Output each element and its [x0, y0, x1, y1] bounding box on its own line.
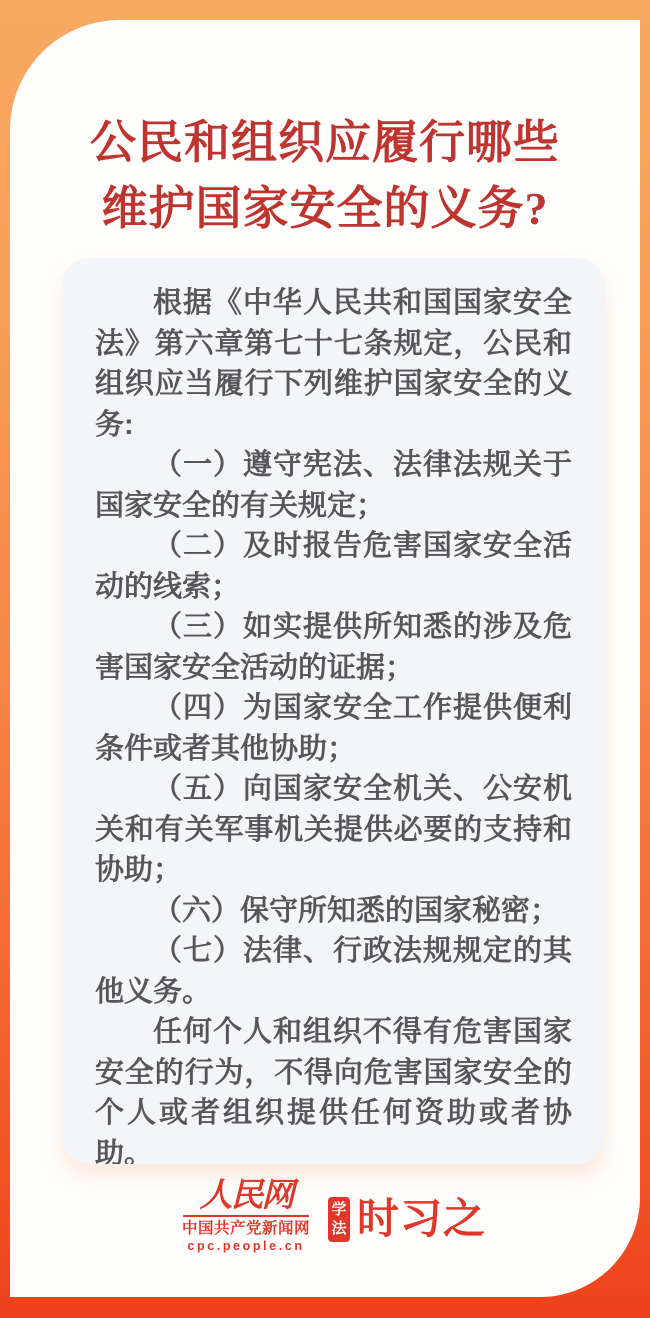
logo-divider [183, 1215, 309, 1217]
paragraph-item-7: （七）法律、行政法规规定的其他义务。 [95, 931, 572, 1012]
paragraph-item-1: （一）遵守宪法、法律法规关于国家安全的有关规定； [95, 445, 572, 526]
paragraph-item-2: （二）及时报告危害国家安全活动的线索； [95, 526, 572, 607]
footer-logos: 人民网 中国共产党新闻网 cpc.people.cn 学 法 时习之 [10, 1178, 640, 1254]
paragraph-item-3: （三）如实提供所知悉的涉及危害国家安全活动的证据； [95, 607, 572, 688]
seal-char-bottom: 法 [331, 1219, 346, 1238]
paragraph-item-4: （四）为国家安全工作提供便利条件或者其他协助； [95, 688, 572, 769]
cpc-url: cpc.people.cn [182, 1239, 310, 1254]
title-line-2: 维护国家安全的义务? [10, 176, 640, 242]
white-card: 公民和组织应履行哪些 维护国家安全的义务? 根据《中华人民共和国国家安全法》第六… [10, 20, 640, 1297]
people-net-wordmark: 人民网 [182, 1178, 310, 1214]
seal-char-top: 学 [331, 1200, 346, 1219]
law-text-panel: 根据《中华人民共和国国家安全法》第六章第七十七条规定，公民和组织应当履行下列维护… [62, 258, 605, 1164]
xuefa-seal-icon: 学 法 [328, 1197, 350, 1242]
shixizhi-logo: 学 法 时习之 [328, 1197, 486, 1242]
shixizhi-wordmark: 时习之 [357, 1198, 486, 1240]
paragraph-item-6: （六）保守所知悉的国家秘密； [95, 891, 572, 932]
cpc-news-name: 中国共产党新闻网 [182, 1220, 310, 1238]
people-daily-logo: 人民网 中国共产党新闻网 cpc.people.cn [182, 1178, 310, 1254]
page-title: 公民和组织应履行哪些 维护国家安全的义务? [10, 110, 640, 242]
paragraph-item-5: （五）向国家安全机关、公安机关和有关军事机关提供必要的支持和协助； [95, 769, 572, 891]
poster-background: { "title": { "line1": "公民和组织应履行哪些", "lin… [0, 0, 650, 1318]
paragraph-intro: 根据《中华人民共和国国家安全法》第六章第七十七条规定，公民和组织应当履行下列维护… [95, 283, 572, 445]
paragraph-closing: 任何个人和组织不得有危害国家安全的行为，不得向危害国家安全的个人或者组织提供任何… [95, 1012, 572, 1164]
title-line-1: 公民和组织应履行哪些 [10, 110, 640, 176]
